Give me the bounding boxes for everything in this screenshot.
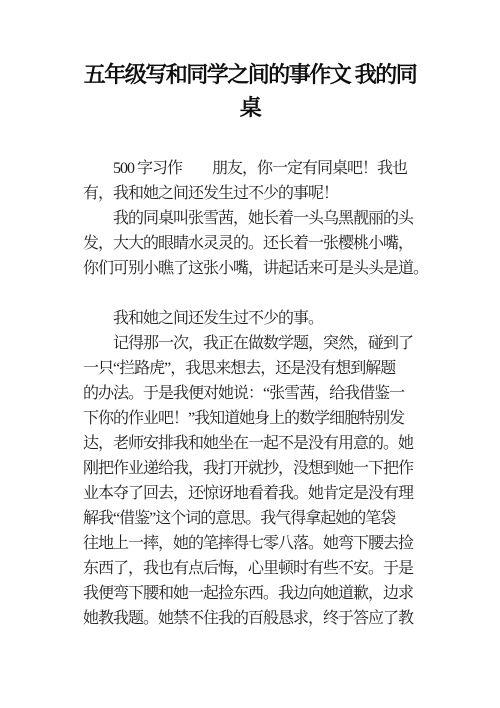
essay-text-line: 500 字习作 朋友，你一定有同桌吧！我也 xyxy=(83,156,443,181)
essay-page: 五年级写和同学之间的事作文 我的同桌 500 字习作 朋友，你一定有同桌吧！我也… xyxy=(0,0,500,708)
essay-text-line: 一只“拦路虎”，我思来想去，还是没有想到解题 xyxy=(83,356,443,381)
essay-text-line: 下你的作业吧！”我知道她身上的数学细胞特别发 xyxy=(83,406,443,431)
essay-text-line: 的办法。于是我便对她说：“张雪茜，给我借鉴一 xyxy=(83,381,443,406)
essay-title: 五年级写和同学之间的事作文 我的同桌 xyxy=(50,58,450,124)
essay-text-line xyxy=(83,281,443,306)
essay-text-line: 解我“借鉴”这个词的意思。我气得拿起她的笔袋 xyxy=(83,506,443,531)
essay-text-line: 记得那一次，我正在做数学题，突然，碰到了 xyxy=(83,331,443,356)
essay-title-line: 五年级写和同学之间的事作文 我的同 xyxy=(50,58,450,91)
essay-text-line: 你们可别小瞧了这张小嘴，讲起话来可是头头是道。 xyxy=(83,256,443,281)
essay-title-line: 桌 xyxy=(50,91,450,124)
essay-text-line: 达，老师安排我和她坐在一起不是没有用意的。她 xyxy=(83,431,443,456)
essay-text-line: 东西了，我也有点后悔，心里顿时有些不安。于是 xyxy=(83,556,443,581)
essay-text-line: 往地上一摔，她的笔摔得七零八落。她弯下腰去捡 xyxy=(83,531,443,556)
essay-text-line: 我便弯下腰和她一起捡东西。我边向她道歉，边求 xyxy=(83,581,443,606)
essay-text-line: 我的同桌叫张雪茜，她长着一头乌黑靓丽的头 xyxy=(83,206,443,231)
essay-text-line: 发，大大的眼睛水灵灵的。还长着一张樱桃小嘴， xyxy=(83,231,443,256)
essay-text-line: 刚把作业递给我，我打开就抄，没想到她一下把作 xyxy=(83,456,443,481)
essay-text-line: 有，我和她之间还发生过不少的事呢！ xyxy=(83,181,443,206)
essay-text-line: 她教我题。她禁不住我的百般恳求，终于答应了教 xyxy=(83,606,443,631)
essay-text-line: 我和她之间还发生过不少的事。 xyxy=(83,306,443,331)
essay-body: 500 字习作 朋友，你一定有同桌吧！我也有，我和她之间还发生过不少的事呢！ 我… xyxy=(83,156,443,631)
essay-text-line: 业本夺了回去，还惊讶地看着我。她肯定是没有理 xyxy=(83,481,443,506)
